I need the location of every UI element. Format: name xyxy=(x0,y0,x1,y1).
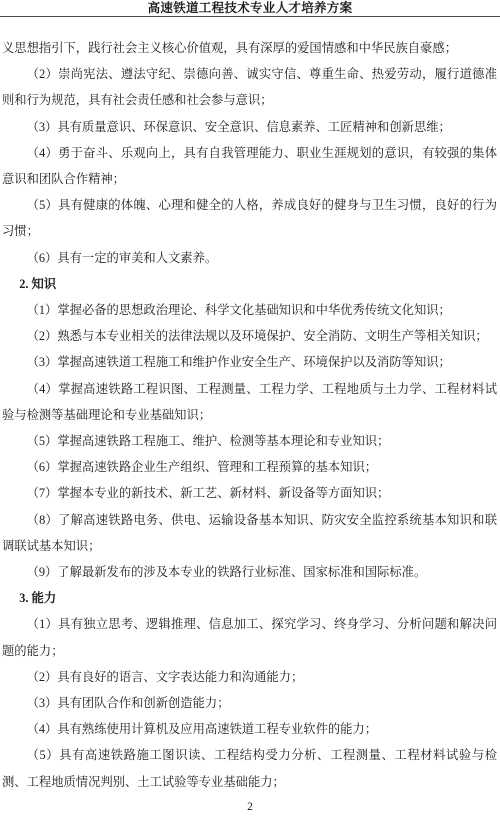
page-title: 高速铁道工程技术专业人才培养方案 xyxy=(0,2,500,15)
paragraph-item: （3）具有团队合作和创新创造能力； xyxy=(2,690,497,716)
page-number: 2 xyxy=(0,799,500,815)
paragraph-cont: 义思想指引下，践行社会主义核心价值观，具有深厚的爱国情感和中华民族自豪感； xyxy=(2,35,497,61)
paragraph-item: （7）掌握本专业的新技术、新工艺、新材料、新设备等方面知识； xyxy=(2,480,497,506)
paragraph-item: （4）勇于奋斗、乐观向上，具有自我管理能力、职业生涯规划的意识，有较强的集体意识… xyxy=(2,140,497,192)
paragraph-item: （1）掌握必备的思想政治理论、科学文化基础知识和中华优秀传统文化知识； xyxy=(2,297,497,323)
paragraph-heading: 3. 能力 xyxy=(2,585,497,611)
paragraph-item: （1）具有独立思考、逻辑推理、信息加工、探究学习、终身学习、分析问题和解决问题的… xyxy=(2,611,497,663)
paragraph-item: （2）崇尚宪法、遵法守纪、崇德向善、诚实守信、尊重生命、热爱劳动，履行道德准则和… xyxy=(2,61,497,113)
paragraph-item: （2）具有良好的语言、文字表达能力和沟通能力； xyxy=(2,664,497,690)
paragraph-item: （8）了解高速铁路电务、供电、运输设备基本知识、防灾安全监控系统基本知识和联调联… xyxy=(2,507,497,559)
paragraph-item: （4）具有熟练使用计算机及应用高速铁道工程专业软件的能力； xyxy=(2,716,497,742)
paragraph-item: （6）掌握高速铁路企业生产组织、管理和工程预算的基本知识； xyxy=(2,454,497,480)
paragraph-item: （5）掌握高速铁路工程施工、维护、检测等基本理论和专业知识； xyxy=(2,428,497,454)
paragraph-heading: 2. 知识 xyxy=(2,271,497,297)
paragraph-item: （3）具有质量意识、环保意识、安全意识、信息素养、工匠精神和创新思维； xyxy=(2,114,497,140)
document-page: 高速铁道工程技术专业人才培养方案 义思想指引下，践行社会主义核心价值观，具有深厚… xyxy=(0,0,500,824)
paragraph-item: （3）掌握高速铁道工程施工和维护作业安全生产、环境保护以及消防等知识； xyxy=(2,349,497,375)
paragraph-item: （5）具有健康的体魄、心理和健全的人格，养成良好的健身与卫生习惯，良好的行为习惯… xyxy=(2,192,497,244)
paragraph-item: （2）熟悉与本专业相关的法律法规以及环境保护、安全消防、文明生产等相关知识； xyxy=(2,323,497,349)
paragraph-item: （6）具有一定的审美和人文素养。 xyxy=(2,245,497,271)
document-body: 义思想指引下，践行社会主义核心价值观，具有深厚的爱国情感和中华民族自豪感；（2）… xyxy=(2,35,497,795)
page-header: 高速铁道工程技术专业人才培养方案 xyxy=(0,0,500,17)
paragraph-item: （9）了解最新发布的涉及本专业的铁路行业标准、国家标准和国际标准。 xyxy=(2,559,497,585)
paragraph-item: （5）具有高速铁路施工图识读、工程结构受力分析、工程测量、工程材料试验与检测、工… xyxy=(2,742,497,794)
paragraph-item: （4）掌握高速铁路工程识图、工程测量、工程力学、工程地质与土力学、工程材料试验与… xyxy=(2,376,497,428)
